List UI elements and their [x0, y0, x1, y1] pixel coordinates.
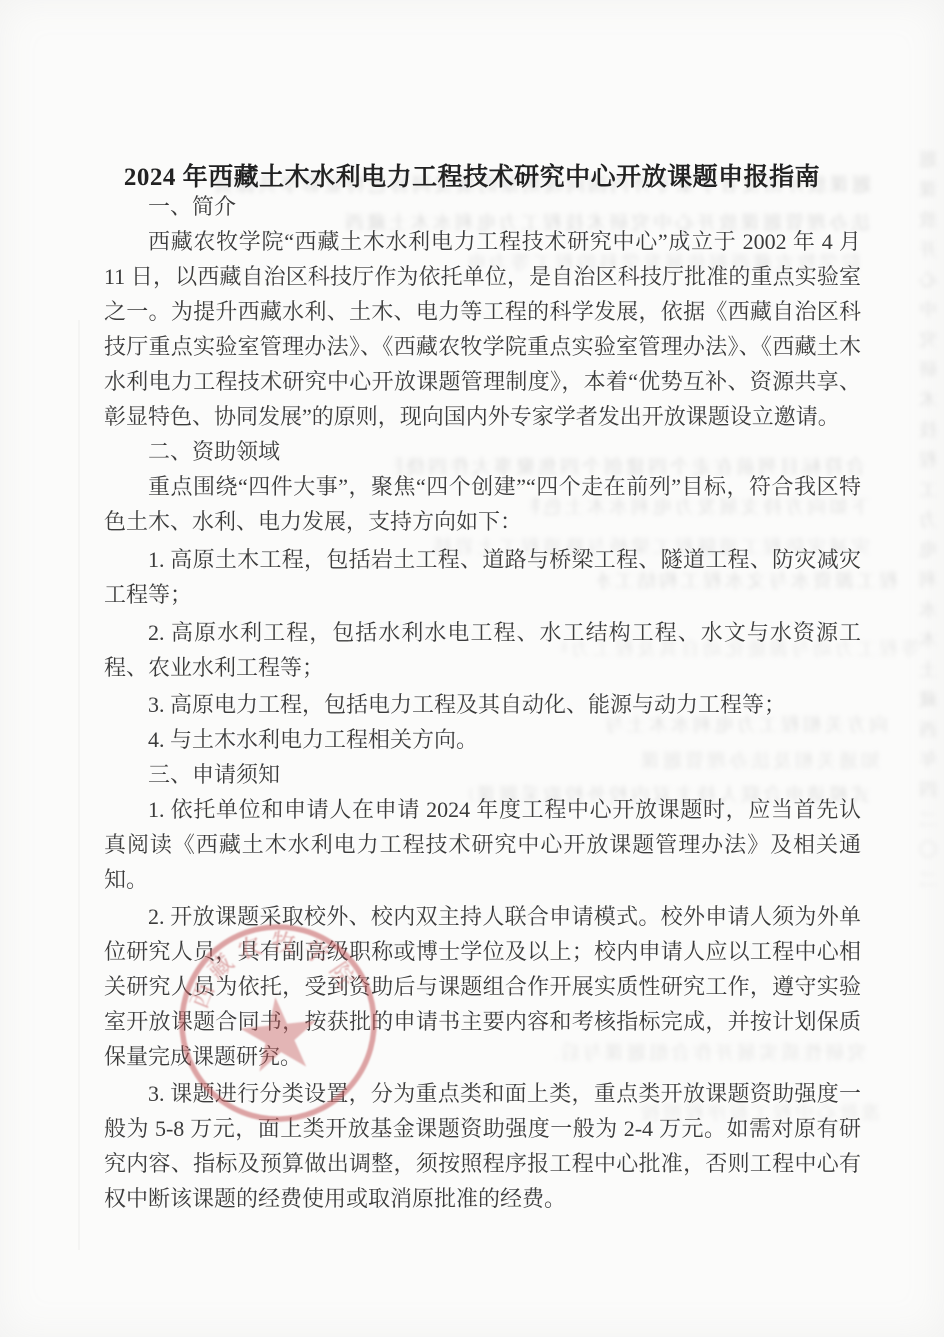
section-heading-intro: 一、简介	[104, 189, 861, 224]
paragraph-notice-3: 3. 课题进行分类设置，分为重点类和面上类，重点类开放课题资助强度一般为 5-8…	[104, 1076, 861, 1216]
paragraph-notice-1: 1. 依托单位和申请人在申请 2024 年度工程中心开放课题时，应当首先认真阅读…	[104, 792, 861, 897]
document-title: 2024 年西藏土木水利电力工程技术研究中心开放课题申报指南	[0, 157, 944, 193]
scanned-document-page: 题课放开出发者学家专外内国向现则原的展发同协色特显彰享共源资 法办理管题课放开心…	[0, 0, 944, 1337]
section-heading-notice: 三、申请须知	[104, 757, 861, 792]
paragraph-fields-lead: 重点围绕“四件大事”，聚焦“四个创建”“四个走在前列”目标，符合我区特色土木、水…	[104, 469, 861, 539]
section-heading-fields: 二、资助领域	[104, 434, 861, 469]
paragraph-field-item-4: 4. 与土木水利电力工程相关方向。	[104, 722, 861, 757]
bleedthrough-edge-column: 题课放开心中究研术技程工力电利水木土藏西年四二〇二	[916, 150, 942, 910]
paragraph-intro: 西藏农牧学院“西藏土木水利电力工程技术研究中心”成立于 2002 年 4 月 1…	[104, 224, 861, 434]
paragraph-field-item-2: 2. 高原水利工程，包括水利水电工程、水工结构工程、水文与水资源工程、农业水利工…	[104, 615, 861, 685]
paragraph-notice-2: 2. 开放课题采取校外、校内双主持人联合申请模式。校外申请人须为外单位研究人员，…	[104, 899, 861, 1074]
paragraph-field-item-1: 1. 高原土木工程，包括岩土工程、道路与桥梁工程、隧道工程、防灾减灾工程等；	[104, 542, 861, 612]
paragraph-field-item-3: 3. 高原电力工程，包括电力工程及其自动化、能源与动力工程等；	[104, 687, 861, 722]
document-body: 一、简介 西藏农牧学院“西藏土木水利电力工程技术研究中心”成立于 2002 年 …	[104, 189, 861, 1216]
